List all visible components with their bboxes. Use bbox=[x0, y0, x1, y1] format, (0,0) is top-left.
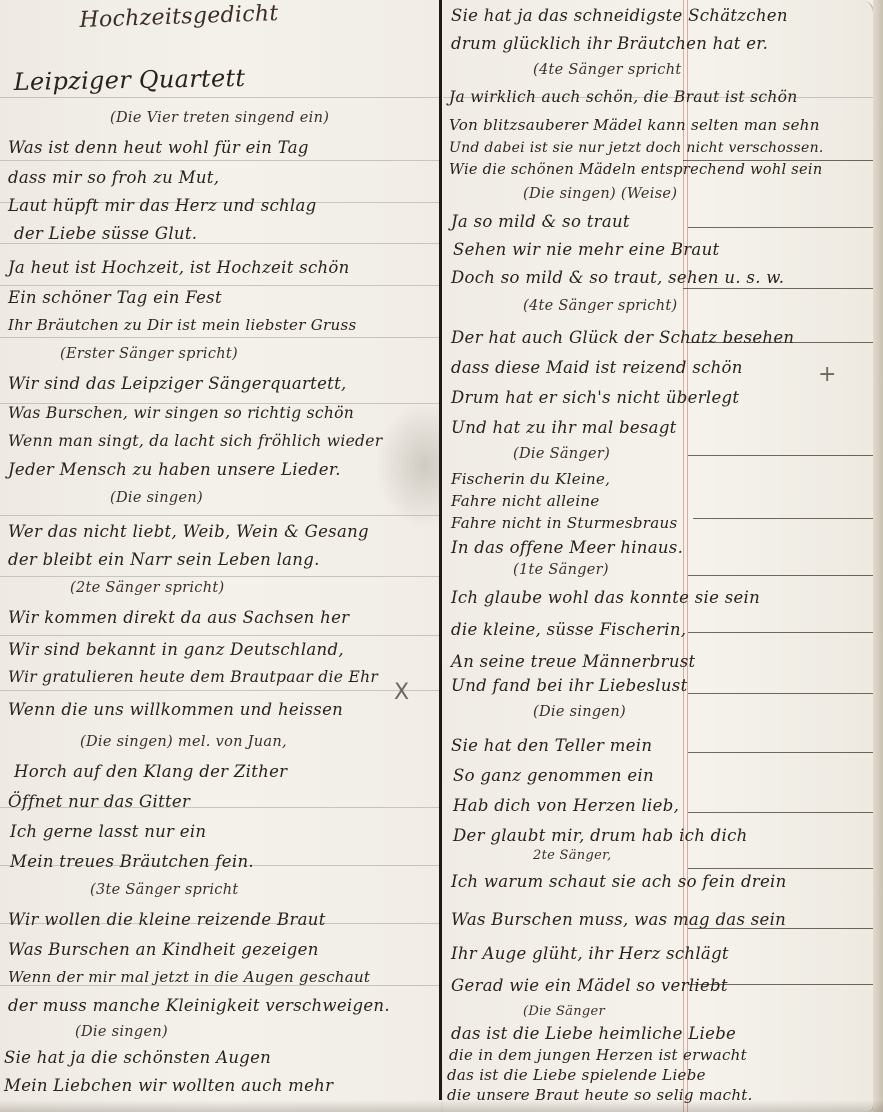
verse-line: Von blitzsauberer Mädel kann selten man … bbox=[449, 116, 820, 134]
verse-line: Doch so mild & so traut, sehen u. s. w. bbox=[451, 268, 784, 287]
stage-direction: (1te Sänger) bbox=[513, 562, 609, 578]
verse-line: Sie hat ja das schneidigste Schätzchen bbox=[451, 6, 788, 25]
verse-line: Ja so mild & so traut bbox=[451, 212, 630, 231]
verse-line: Wir sind bekannt in ganz Deutschland, bbox=[8, 640, 344, 659]
ruled-line bbox=[688, 227, 873, 228]
verse-line: Gerad wie ein Mädel so verliebt bbox=[451, 976, 728, 995]
verse-line: drum glücklich ihr Bräutchen hat er. bbox=[451, 34, 768, 53]
verse-line: Was Burschen an Kindheit gezeigen bbox=[8, 940, 319, 959]
verse-line: Und hat zu ihr mal besagt bbox=[451, 418, 677, 437]
stage-direction: (Die Vier treten singend ein) bbox=[110, 110, 329, 126]
ruled-line bbox=[0, 160, 441, 161]
verse-line: Fahre nicht alleine bbox=[451, 492, 600, 510]
verse-line: Wir kommen direkt da aus Sachsen her bbox=[8, 608, 349, 627]
stage-direction: (4te Sänger spricht bbox=[533, 62, 682, 78]
verse-line: Fischerin du Kleine, bbox=[451, 470, 610, 488]
ruled-line bbox=[0, 243, 441, 244]
left-page: Hochzeitsgedicht Leipziger Quartett (Die… bbox=[0, 0, 441, 1112]
ruled-line bbox=[0, 337, 441, 338]
verse-line: Horch auf den Klang der Zither bbox=[14, 762, 287, 781]
verse-line: Ja heut ist Hochzeit, ist Hochzeit schön bbox=[8, 258, 350, 277]
verse-line: So ganz genommen ein bbox=[453, 766, 654, 785]
verse-line: Wenn man singt, da lacht sich fröhlich w… bbox=[8, 432, 382, 450]
verse-line: Jeder Mensch zu haben unsere Lieder. bbox=[8, 460, 341, 479]
stage-direction: (2te Sänger spricht) bbox=[70, 580, 224, 596]
verse-line: Der hat auch Glück der Schatz besehen bbox=[451, 328, 794, 347]
stage-direction: (4te Sänger spricht) bbox=[523, 298, 677, 314]
ruled-line bbox=[688, 812, 873, 813]
verse-line: Laut hüpft mir das Herz und schlag bbox=[8, 196, 317, 215]
ruled-line bbox=[693, 518, 873, 519]
verse-line: Was Burschen muss, was mag das sein bbox=[451, 910, 786, 929]
ruled-line bbox=[0, 576, 441, 577]
verse-line: Und dabei ist sie nur jetzt doch nicht v… bbox=[449, 140, 824, 156]
page-binding-line bbox=[439, 0, 442, 1100]
page-bottom-shadow bbox=[0, 1100, 883, 1112]
verse-line: die in dem jungen Herzen ist erwacht bbox=[449, 1046, 747, 1064]
verse-line: der bleibt ein Narr sein Leben lang. bbox=[8, 550, 320, 569]
margin-plus-mark: + bbox=[818, 362, 836, 387]
verse-line: Ihr Auge glüht, ihr Herz schlägt bbox=[451, 944, 729, 963]
verse-line: An seine treue Männerbrust bbox=[451, 652, 695, 671]
verse-line: Ein schöner Tag ein Fest bbox=[8, 288, 222, 307]
ruled-line bbox=[0, 690, 441, 691]
verse-line: Sie hat den Teller mein bbox=[451, 736, 652, 755]
verse-line: Was Burschen, wir singen so richtig schö… bbox=[8, 404, 354, 422]
verse-line: das ist die Liebe heimliche Liebe bbox=[451, 1024, 736, 1043]
verse-line: das ist die Liebe spielende Liebe bbox=[447, 1066, 706, 1084]
right-page: Sie hat ja das schneidigste Schätzchen d… bbox=[443, 0, 875, 1112]
margin-cross-mark: X bbox=[394, 680, 409, 705]
ruled-line bbox=[688, 868, 873, 869]
stage-direction: (Die singen) (Weise) bbox=[523, 186, 677, 202]
ruled-line bbox=[688, 632, 873, 633]
verse-line: Und fand bei ihr Liebeslust bbox=[451, 676, 688, 695]
stage-direction: (Die Sänger) bbox=[513, 446, 610, 462]
stage-direction: (Die singen) mel. von Juan, bbox=[80, 734, 287, 750]
page-edge bbox=[873, 0, 883, 1112]
verse-line: Wenn die uns willkommen und heissen bbox=[8, 700, 343, 719]
stage-direction: (3te Sänger spricht bbox=[90, 882, 239, 898]
stage-direction: (Die Sänger bbox=[523, 1004, 605, 1019]
ruled-line bbox=[683, 160, 873, 161]
verse-line: Wenn der mir mal jetzt in die Augen gesc… bbox=[8, 968, 370, 986]
ruled-line bbox=[0, 285, 441, 286]
verse-line: Ihr Bräutchen zu Dir ist mein liebster G… bbox=[8, 316, 356, 334]
verse-line: dass diese Maid ist reizend schön bbox=[451, 358, 743, 377]
verse-line: Öffnet nur das Gitter bbox=[8, 792, 190, 811]
verse-line: Drum hat er sich's nicht überlegt bbox=[451, 388, 739, 407]
verse-line: dass mir so froh zu Mut, bbox=[8, 168, 219, 187]
verse-line: Wer das nicht liebt, Weib, Wein & Gesang bbox=[8, 522, 369, 541]
verse-line: Mein treues Bräutchen fein. bbox=[10, 852, 254, 871]
verse-line: In das offene Meer hinaus. bbox=[451, 538, 683, 557]
stage-direction: (Die singen) bbox=[75, 1024, 168, 1040]
verse-line: Ich warum schaut sie ach so fein drein bbox=[451, 872, 787, 891]
stage-direction: (Die singen) bbox=[533, 704, 626, 720]
stage-direction: (Die singen) bbox=[110, 490, 203, 506]
verse-line: Ich glaube wohl das konnte sie sein bbox=[451, 588, 760, 607]
verse-line: Ja wirklich auch schön, die Braut ist sc… bbox=[449, 88, 798, 106]
poem-heading: Leipziger Quartett bbox=[14, 64, 246, 96]
verse-line: Wie die schönen Mädeln entsprechend wohl… bbox=[449, 162, 823, 178]
verse-line: Ich gerne lasst nur ein bbox=[10, 822, 206, 841]
ruled-line bbox=[0, 635, 441, 636]
verse-line: Fahre nicht in Sturmesbraus bbox=[451, 514, 677, 532]
ruled-line bbox=[688, 693, 873, 694]
verse-line: Wir sind das Leipziger Sängerquartett, bbox=[8, 374, 347, 393]
ruled-line bbox=[0, 97, 441, 98]
stage-direction: 2te Sänger, bbox=[533, 848, 612, 863]
verse-line: Wir gratulieren heute dem Brautpaar die … bbox=[8, 668, 378, 686]
ruled-line bbox=[688, 575, 873, 576]
verse-line: Hab dich von Herzen lieb, bbox=[453, 796, 679, 815]
verse-line: Sehen wir nie mehr eine Braut bbox=[453, 240, 719, 259]
ruled-line bbox=[688, 455, 873, 456]
verse-line: Mein Liebchen wir wollten auch mehr bbox=[4, 1076, 333, 1095]
verse-line: Wir wollen die kleine reizende Braut bbox=[8, 910, 326, 929]
verse-line: die kleine, süsse Fischerin, bbox=[451, 620, 686, 639]
verse-line: Was ist denn heut wohl für ein Tag bbox=[8, 138, 309, 157]
manuscript-spread: Hochzeitsgedicht Leipziger Quartett (Die… bbox=[0, 0, 883, 1112]
verse-line: Sie hat ja die schönsten Augen bbox=[4, 1048, 271, 1067]
verse-line: der Liebe süsse Glut. bbox=[14, 224, 197, 243]
document-title: Hochzeitsgedicht bbox=[79, 1, 279, 33]
ruled-line bbox=[688, 752, 873, 753]
ruled-line bbox=[0, 515, 441, 516]
ruled-line bbox=[683, 288, 873, 289]
verse-line: Der glaubt mir, drum hab ich dich bbox=[453, 826, 748, 845]
verse-line: der muss manche Kleinigkeit verschweigen… bbox=[8, 996, 390, 1015]
stage-direction: (Erster Sänger spricht) bbox=[60, 346, 238, 362]
